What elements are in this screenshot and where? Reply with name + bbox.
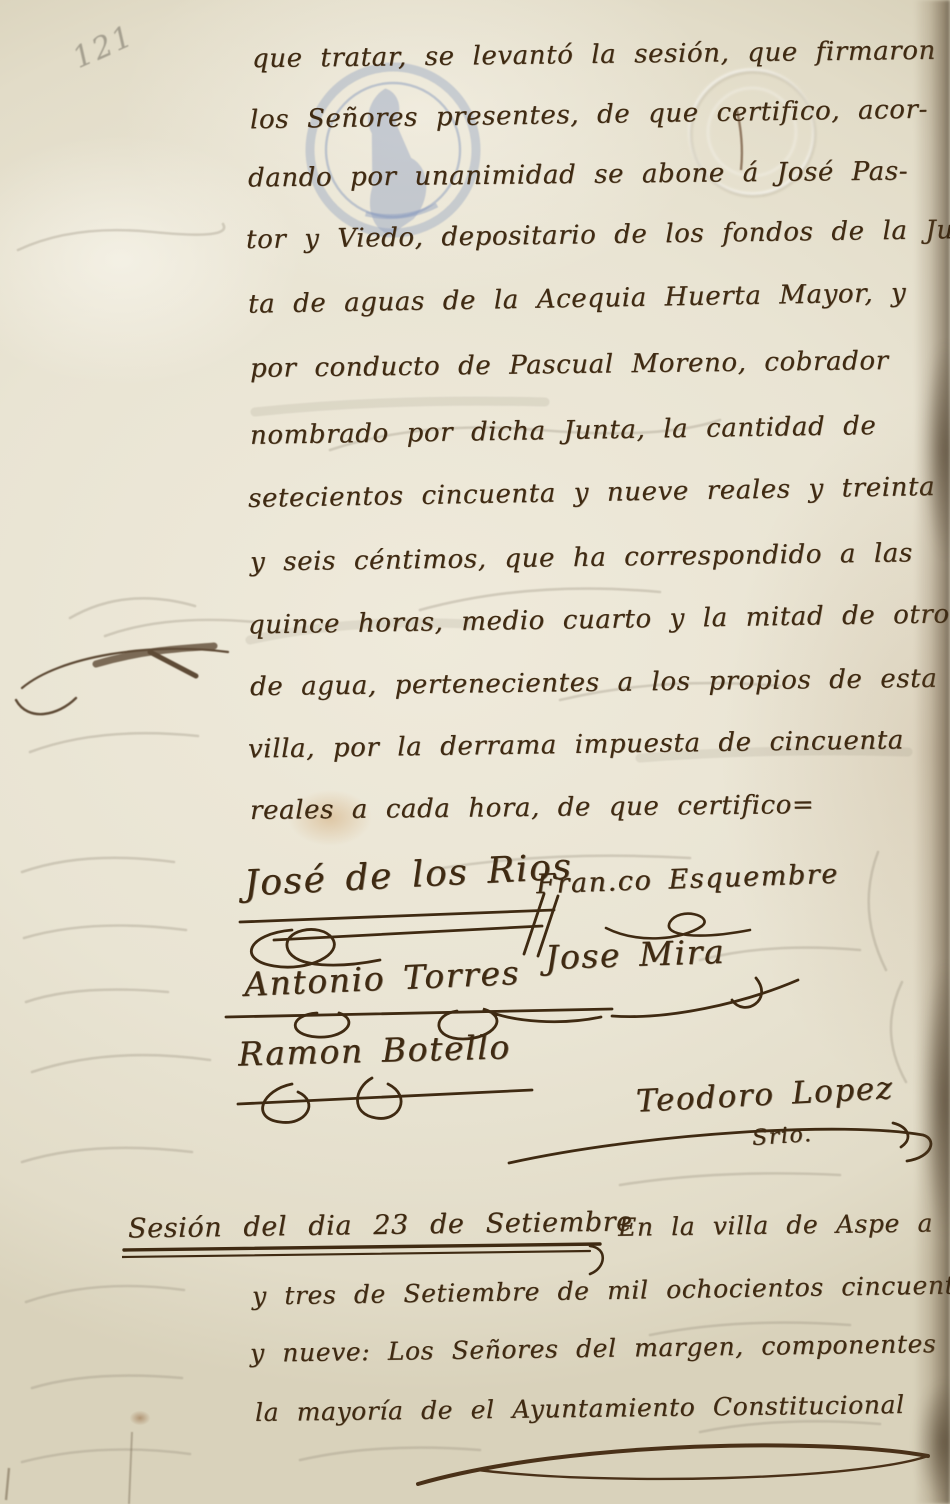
session-line: En la villa de Aspe a veinte (618, 1209, 950, 1240)
manuscript-line: que tratar, se levantó la sesión, que fi… (252, 38, 936, 72)
blue-seal-stamp (296, 58, 491, 243)
manuscript-page: 121 que tratar, se levantó la sesión, qu… (0, 0, 950, 1504)
manuscript-line: dando por unanimidad se abone á José Pas… (248, 159, 908, 192)
heading-underline (122, 1242, 632, 1276)
gutter-dark-blot (922, 340, 950, 560)
closing-flourish (412, 1432, 942, 1494)
session-line: la mayoría de el Ayuntamiento Constituci… (255, 1392, 905, 1425)
gutter-dark-blot (920, 960, 950, 1240)
rubric-flourish (505, 1105, 950, 1180)
book-gutter-shadow (914, 0, 950, 1504)
manuscript-line: reales a cada hora, de que certifico= (250, 792, 815, 824)
session-heading: Sesión del dia 23 de Setiembre (128, 1208, 633, 1242)
manuscript-line: por conducto de Pascual Moreno, cobrador (250, 348, 889, 382)
manuscript-line: de agua, pertenecientes a los propios de… (250, 666, 938, 700)
signature-jose-mira: Jose Mira (544, 935, 725, 974)
gutter-dark-blot (916, 1380, 950, 1504)
signature-ramon-botello: Ramon Botello (238, 1030, 512, 1070)
rubric-flourish (606, 972, 806, 1027)
